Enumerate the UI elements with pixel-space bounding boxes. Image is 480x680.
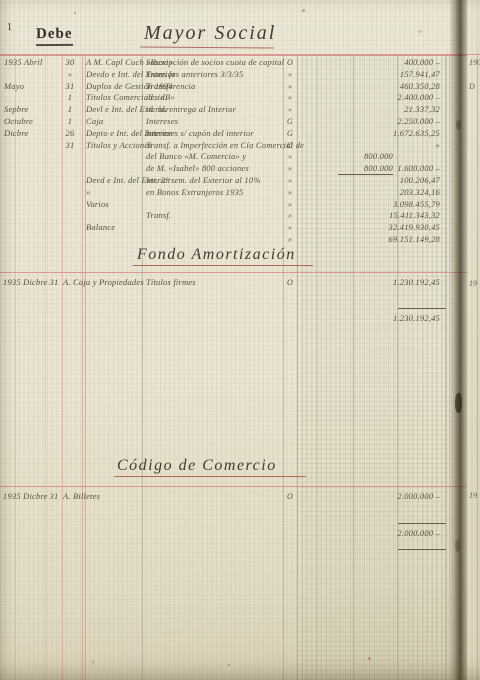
ledger-row: Sepbre 1 Devl e Int. del Exterior id. id… xyxy=(0,104,480,116)
date-month-cell: 1935 Abril xyxy=(4,57,60,68)
next-page-header-rule xyxy=(467,54,480,55)
date-day-cell: 30 xyxy=(60,57,80,68)
ledger-row: 1935 Dicbre 31 A. Billetes O 2.000.000 – xyxy=(0,491,480,503)
amount-cell: 460.350,28 xyxy=(378,81,440,92)
date-day-cell: 1 xyxy=(60,116,80,127)
date-month-cell: 1935 Dicbre xyxy=(3,277,47,288)
next-page-text-fragment: 19 xyxy=(469,491,477,500)
date-day-cell: 31 xyxy=(47,277,61,288)
detail-cell: en Bonos Extranjeros 1935 xyxy=(146,187,286,198)
ledger-row: Varios » 3.098.455,79 xyxy=(0,199,480,211)
binding-mark xyxy=(456,120,461,130)
date-day-cell: 1 xyxy=(60,104,80,115)
section-rule xyxy=(0,272,480,273)
detail-cell: Intereses xyxy=(146,116,286,127)
ledger-row: del Banco «M. Comercio» y » 800.000 xyxy=(0,151,480,163)
folio-cell: » xyxy=(282,163,298,174)
folio-cell: » xyxy=(282,104,298,115)
total-rule xyxy=(398,308,446,309)
next-page-text-fragment: 190 xyxy=(469,58,480,67)
section-rule xyxy=(0,486,480,487)
paper-speck xyxy=(228,664,230,666)
date-month-cell: Sepbre xyxy=(4,104,60,115)
paper-speck xyxy=(418,30,422,33)
ledger-row: » Devdo e Int. del Exterior Trans fos an… xyxy=(0,69,480,81)
paper-speck xyxy=(302,9,305,12)
folio-cell: » xyxy=(282,199,298,210)
detail-cell: Intereses s/ cupón del interior xyxy=(146,128,286,139)
date-month-cell: Mayo xyxy=(4,81,60,92)
date-month-cell: 1935 Dicbre xyxy=(3,491,47,502)
folio-cell: O xyxy=(282,491,298,502)
amount-cell: 32.419.930,45 xyxy=(378,222,440,233)
section-title-codigo-de-comercio: Código de Comercio xyxy=(117,457,277,475)
detail-cell: Trans fos anteriores 3/3/35 xyxy=(146,69,286,80)
amount-cell: 3.098.455,79 xyxy=(378,199,440,210)
ledger-row: Mayo 31 Duplos de Gestión 1934 Transfere… xyxy=(0,81,480,93)
folio-cell: O xyxy=(282,57,298,68)
detail-cell: id. id. entrega al Interior xyxy=(146,104,286,115)
title-underline xyxy=(114,476,306,477)
ledger-page: 1 Debe Mayor Social 1935 Abril 30 A M. C… xyxy=(0,0,480,680)
amount-cell: 2.400.000 – xyxy=(378,92,440,103)
ledger-row: 1935 Dicbre 31 A. Caja y Propiedades Tít… xyxy=(0,277,480,289)
ledger-row: » 69.151.149,28 xyxy=(0,234,480,246)
amount-cell: 400.000 – xyxy=(378,57,440,68)
amount-cell: 15.411.343,32 xyxy=(378,210,440,221)
amount-cell: 1.672.635,25 xyxy=(378,128,440,139)
ledger-row: de M. «Isabel» 800 acciones » 800.000 1.… xyxy=(0,163,480,175)
ledger-row: » en Bonos Extranjeros 1935 » 203.324,16 xyxy=(0,187,480,199)
ledger-row: 1 Títulos Comerciales «B» id. id. » 2.40… xyxy=(0,92,480,104)
amount-cell: 1.230.192,45 xyxy=(378,277,440,288)
detail-cell: Transferencia xyxy=(146,81,286,92)
folio-cell: » xyxy=(282,175,298,186)
paper-speck xyxy=(368,657,371,660)
folio-cell: » xyxy=(282,187,298,198)
paper-speck xyxy=(92,661,94,663)
folio-cell: » xyxy=(282,210,298,221)
amount-cell: 69.151.149,28 xyxy=(378,234,440,245)
binding-mark xyxy=(455,393,462,413)
next-page-text-fragment: D xyxy=(469,82,475,91)
amount-cell: 21.337,32 xyxy=(378,104,440,115)
amount-cell: 2.250.000 – xyxy=(378,116,440,127)
date-day-cell: 31 xyxy=(60,140,80,151)
binding-mark xyxy=(455,540,460,552)
next-page-margin-line xyxy=(477,55,478,680)
amount-cell: 100.206,47 xyxy=(378,175,440,186)
fondo-total: 1.230.192,45 xyxy=(378,313,440,323)
folio-cell: » xyxy=(282,69,298,80)
detail-cell: Títulos firmes xyxy=(146,277,286,288)
paper-speck xyxy=(74,12,76,14)
header-rule xyxy=(0,54,480,56)
debit-side-label: Debe xyxy=(36,26,73,46)
date-day-cell: 31 xyxy=(60,81,80,92)
sub-amount-cell: 800.000 xyxy=(338,151,393,162)
detail-cell: Int. 2° sem. del Exterior al 10% xyxy=(146,175,286,186)
ledger-row: Balance » 32.419.930,45 xyxy=(0,222,480,234)
date-month-cell: Dicbre xyxy=(4,128,60,139)
folio-cell: » xyxy=(282,81,298,92)
date-day-cell: 26 xyxy=(60,128,80,139)
page-number: 1 xyxy=(7,22,12,33)
title-underline xyxy=(133,265,313,266)
account-cell: Varios xyxy=(86,199,216,210)
folio-cell: G xyxy=(282,128,298,139)
date-month-cell: Octubre xyxy=(4,116,60,127)
detail-cell: Transf. a Imperfección en Cía Comercial … xyxy=(146,140,286,151)
fondo-rows: 1935 Dicbre 31 A. Caja y Propiedades Tít… xyxy=(0,277,480,289)
folio-cell: O xyxy=(282,277,298,288)
detail-cell: de M. «Isabel» 800 acciones xyxy=(146,163,286,174)
codigo-total: 2.000.000 – xyxy=(378,528,440,538)
date-day-cell: 31 xyxy=(47,491,61,502)
next-page-text-fragment: 19 xyxy=(469,279,477,288)
account-cell: A. Caja y Propiedades xyxy=(63,277,143,288)
total-rule xyxy=(398,549,446,550)
section-title-fondo-amortizacion: Fondo Amortización xyxy=(137,246,296,264)
title-underline xyxy=(140,47,274,49)
section-title-mayor-social: Mayor Social xyxy=(144,22,276,45)
detail-cell: del Banco «M. Comercio» y xyxy=(146,151,286,162)
total-rule xyxy=(398,523,446,524)
folio-cell: » xyxy=(282,151,298,162)
mayor-social-rows: 1935 Abril 30 A M. Capl Cuch «Rusa» Susc… xyxy=(0,57,480,246)
ledger-row: Transf. » 15.411.343,32 xyxy=(0,210,480,222)
amount-cell: 1.600.000 – xyxy=(378,163,440,174)
detail-cell: Transf. xyxy=(146,210,286,221)
folio-cell: » xyxy=(282,92,298,103)
date-day-cell: » xyxy=(60,69,80,80)
date-day-cell: 1 xyxy=(60,92,80,103)
amount-cell: 157.941,47 xyxy=(378,69,440,80)
ledger-row: 31 Títulos y Acciones Transf. a Imperfec… xyxy=(0,140,480,152)
detail-cell: id. id. xyxy=(146,92,286,103)
amount-cell: 203.324,16 xyxy=(378,187,440,198)
folio-cell: » xyxy=(282,234,298,245)
ledger-row: Devd e Int. del Exterior Int. 2° sem. de… xyxy=(0,175,480,187)
folio-cell: O xyxy=(282,140,298,151)
amount-cell: 2.000.000 – xyxy=(378,491,440,502)
account-cell: Balance xyxy=(86,222,216,233)
codigo-rows: 1935 Dicbre 31 A. Billetes O 2.000.000 – xyxy=(0,491,480,503)
folio-cell: G xyxy=(282,116,298,127)
ledger-row: 1935 Abril 30 A M. Capl Cuch «Rusa» Susc… xyxy=(0,57,480,69)
detail-cell: Suscripción de socios cuota de capital xyxy=(146,57,286,68)
next-page-edge: 190 D 19 19 xyxy=(467,0,480,680)
account-cell: A. Billetes xyxy=(63,491,143,502)
folio-cell: » xyxy=(282,222,298,233)
ledger-row: Dicbre 26 Depto e Int. del Interior Inte… xyxy=(0,128,480,140)
ledger-row: Octubre 1 Caja Intereses G 2.250.000 – xyxy=(0,116,480,128)
amount-cell: » xyxy=(378,140,440,151)
binding-shadow xyxy=(449,0,467,680)
